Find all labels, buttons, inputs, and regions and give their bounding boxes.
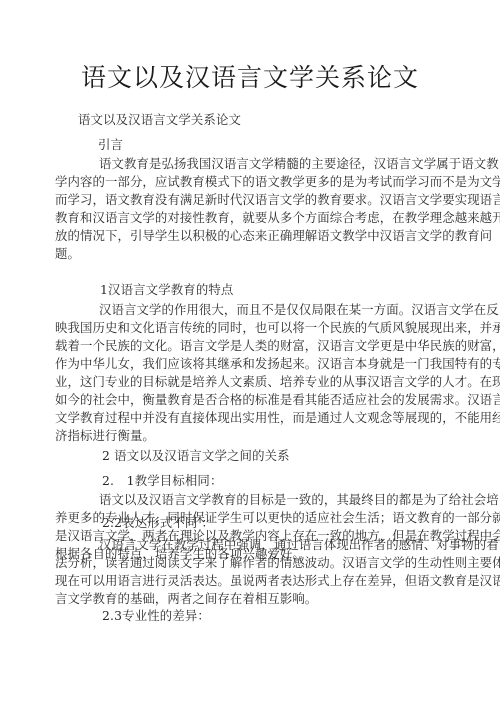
paragraph-line: 业，这门专业的目标就是培养人文素质、培养专业的从事汉语言文学的人才。在现 — [55, 373, 439, 391]
paragraph-line: 放的情况下，引导学生以积极的心态来正确理解语文教学中汉语言文学的教育问 — [55, 227, 439, 245]
paragraph-line: 现在可以用语言进行灵活表达。虽说两者表达形式上存在差异，但语文教育是汉语 — [55, 572, 439, 590]
document-subtitle: 语文以及汉语言文学关系论文 — [78, 110, 241, 128]
section-heading-1: 1汉语言文学教育的特点 — [100, 280, 233, 298]
paragraph-section-2-2: 汉语言文学在教学过程中强调，通过语言体现出作者的感情、对事物的看 法分析，读者通… — [55, 536, 439, 608]
section-heading-2-3: 2.3专业性的差异： — [102, 606, 210, 624]
paragraph-line: 汉语言文学的作用很大，而且不是仅仅局限在某一方面。汉语言文学在反 — [55, 301, 439, 319]
document-title: 语文以及汉语言文学关系论文 — [0, 58, 500, 94]
paragraph-line: 语文教育是弘扬我国汉语言文学精髓的主要途径，汉语言文学属于语文教 — [55, 155, 439, 173]
document-page: 语文以及汉语言文学关系论文 语文以及汉语言文学关系论文 引言 语文教育是弘扬我国… — [0, 0, 500, 707]
paragraph-line: 作为中华儿女，我们应该将其继承和发扬起来。汉语言本身就是一门我国特有的专 — [55, 355, 439, 373]
paragraph-line: 而学习，语文教育没有满足新时代汉语言文学的教育要求。汉语言文学要实现语言 — [55, 191, 439, 209]
paragraph-line: 语文以及汉语言文学教育的目标是一致的，其最终目的都是为了给社会培 — [55, 491, 439, 509]
paragraph-line: 法分析，读者通过阅读文字来了解作者的情感波动。汉语言文学的生动性则主要体 — [55, 554, 439, 572]
paragraph-line: 济指标进行衡量。 — [55, 427, 439, 445]
paragraph-line: 汉语言文学在教学过程中强调，通过语言体现出作者的感情、对事物的看 — [55, 536, 439, 554]
paragraph-line: 文学教育过程中并没有直接体现出实用性，而是通过人文观念等展现的，不能用经 — [55, 409, 439, 427]
paragraph-line: 题。 — [55, 245, 439, 263]
paragraph-line: 如今的社会中，衡量教育是否合格的标准是看其能否适应社会的发展需求。汉语言 — [55, 391, 439, 409]
intro-heading: 引言 — [98, 135, 123, 153]
paragraph-line: 学内容的一部分，应试教育模式下的语文教学更多的是为考试而学习而不是为文学 — [55, 173, 439, 191]
paragraph-section-1: 汉语言文学的作用很大，而且不是仅仅局限在某一方面。汉语言文学在反 映我国历史和文… — [55, 301, 439, 445]
paragraph-line: 教育和汉语言文学的对接性教育，就要从多个方面综合考虑，在教学理念越来越开 — [55, 209, 439, 227]
section-heading-2-1: 2. 1教学目标相同： — [102, 471, 222, 489]
section-heading-2: 2 语文以及汉语言文学之间的关系 — [102, 446, 290, 464]
paragraph-line: 映我国历史和文化语言传统的同时，也可以将一个民族的气质风貌展现出来，并承 — [55, 319, 439, 337]
section-heading-2-2: 2.2表达形式不同 ： — [102, 513, 214, 531]
paragraph-line: 载着一个民族的文化。语言文学是人类的财富，汉语言文学更是中华民族的财富， — [55, 337, 439, 355]
paragraph-intro: 语文教育是弘扬我国汉语言文学精髓的主要途径，汉语言文学属于语文教 学内容的一部分… — [55, 155, 439, 263]
